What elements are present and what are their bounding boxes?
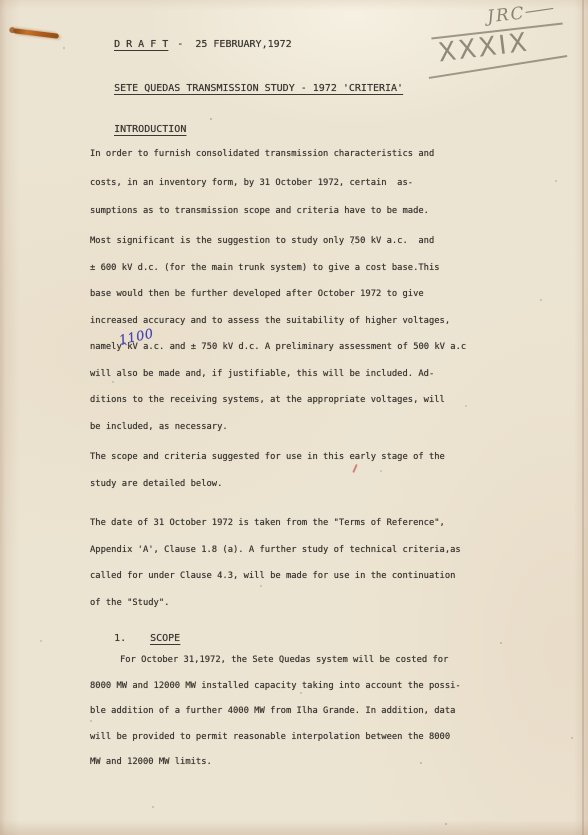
typed-line: namely^1100kV a.c. and ± 750 kV d.c. A p… bbox=[90, 334, 466, 361]
initials-dash: — bbox=[522, 0, 560, 22]
paper-crease bbox=[582, 0, 584, 835]
draft-label: D R A F T bbox=[114, 39, 168, 50]
draft-header: D R A F T- 25 FEBRUARY,1972 bbox=[90, 28, 292, 61]
paper-specks bbox=[210, 118, 212, 120]
scope-section-number: 1. bbox=[114, 633, 150, 644]
typed-line: Most significant is the suggestion to st… bbox=[90, 228, 466, 255]
typed-line: base would then be further developed aft… bbox=[90, 281, 466, 308]
typed-line: The date of 31 October 1972 is taken fro… bbox=[90, 510, 461, 537]
handwritten-insertion: ^1100 bbox=[122, 334, 127, 361]
typed-line: MW and 12000 MW limits. bbox=[90, 750, 461, 776]
typed-line: In order to furnish consolidated transmi… bbox=[90, 140, 434, 169]
initials-text: JRC bbox=[486, 3, 527, 27]
introduction-heading-text: INTRODUCTION bbox=[114, 124, 186, 135]
typed-line: costs, in an inventory form, by 31 Octob… bbox=[90, 169, 434, 198]
scanned-document: { "colors": { "paper": "#ece4d2", "ink":… bbox=[0, 0, 588, 835]
typed-line: ditions to the receiving systems, at the… bbox=[90, 387, 466, 414]
typed-line: sumptions as to transmission scope and c… bbox=[90, 197, 434, 226]
typed-line: will also be made and, if justifiable, t… bbox=[90, 361, 466, 388]
paragraph-intro-3: The scope and criteria suggested for use… bbox=[90, 444, 445, 498]
typed-text: kV a.c. and ± 750 kV d.c. A preliminary … bbox=[127, 342, 466, 352]
typed-text: namely bbox=[90, 342, 122, 352]
draft-date: - 25 FEBRUARY,1972 bbox=[177, 39, 291, 50]
rust-stain bbox=[13, 28, 59, 39]
typed-line: study are detailed below. bbox=[90, 471, 445, 498]
paragraph-intro-2: Most significant is the suggestion to st… bbox=[90, 228, 466, 440]
paragraph-scope-1: For October 31,1972, the Sete Quedas sys… bbox=[90, 648, 461, 776]
paragraph-intro-4: The date of 31 October 1972 is taken fro… bbox=[90, 510, 461, 616]
document-title-text: SETE QUEDAS TRANSMISSION STUDY - 1972 'C… bbox=[114, 83, 403, 94]
typed-line: 8000 MW and 12000 MW installed capacity … bbox=[90, 674, 461, 700]
scope-heading-text: SCOPE bbox=[150, 633, 180, 644]
typed-line: be included, as necessary. bbox=[90, 414, 466, 441]
typed-line: Appendix 'A', Clause 1.8 (a). A further … bbox=[90, 537, 461, 564]
typed-line: ble addition of a further 4000 MW from I… bbox=[90, 699, 461, 725]
typed-line: will be provided to permit reasonable in… bbox=[90, 725, 461, 751]
typed-line: ± 600 kV d.c. (for the main trunk system… bbox=[90, 255, 466, 282]
paragraph-intro-1: In order to furnish consolidated transmi… bbox=[90, 140, 434, 226]
typed-line: The scope and criteria suggested for use… bbox=[90, 444, 445, 471]
typed-line: called for under Clause 4.3, will be mad… bbox=[90, 563, 461, 590]
document-page: JRC— XXXIX D R A F T- 25 FEBRUARY,1972 S… bbox=[0, 0, 588, 835]
handwritten-initials: JRC— bbox=[486, 1, 551, 28]
typed-line: For October 31,1972, the Sete Quedas sys… bbox=[90, 648, 461, 674]
typed-line: of the "Study". bbox=[90, 590, 461, 617]
document-title: SETE QUEDAS TRANSMISSION STUDY - 1972 'C… bbox=[90, 72, 403, 105]
